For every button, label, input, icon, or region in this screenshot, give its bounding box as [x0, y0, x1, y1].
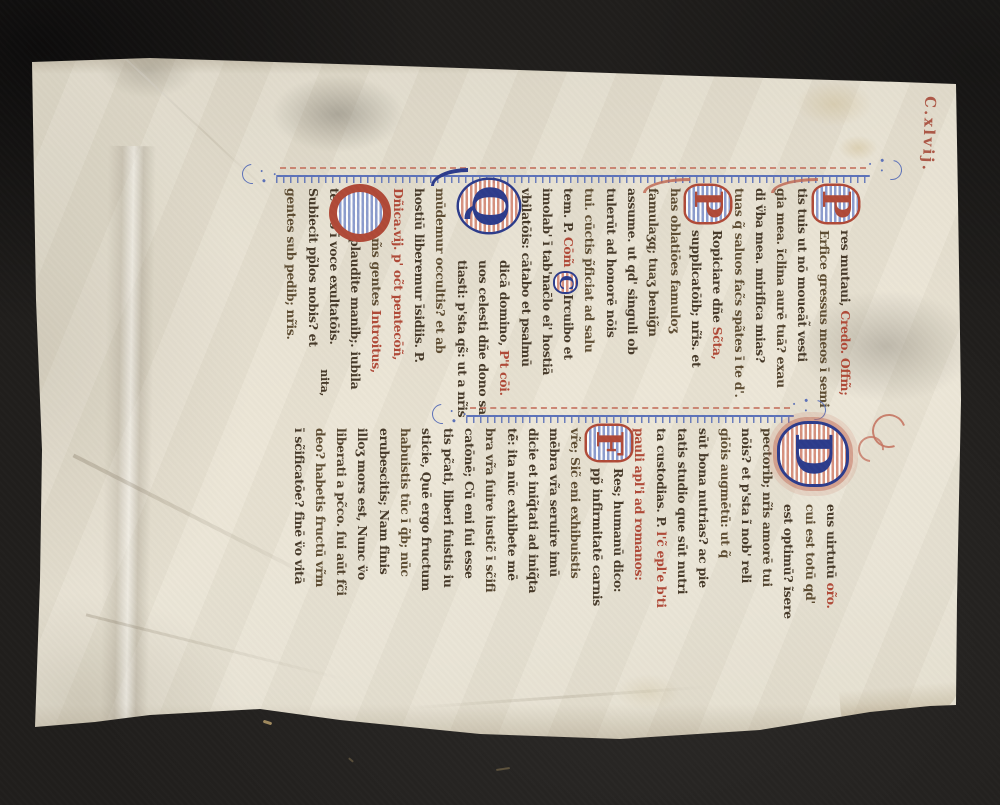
text-line: illoʒ mors est, Nunc v̈o	[352, 428, 373, 652]
text-line: ī sc̃ificatōe? finē v̈o vitā	[288, 428, 309, 652]
text-line: hostiū liberemur īsidiis. P.	[409, 188, 430, 406]
text-run: tui. cūctis p̃ficiat ad salu	[582, 188, 597, 353]
text-line: sūt bona nutrias? ac pie	[693, 428, 714, 652]
text-line: tis tuis ut nō moueāt̃ vesti	[792, 188, 813, 406]
text-run: assume. ut qd' singuli ob	[625, 188, 640, 355]
text-line: pectorib; nr̃is amorē tui	[757, 428, 778, 652]
text-line: bra vr̃a ſuire iustic̃ ī sc̃ifi	[480, 428, 501, 652]
illuminated-initial-Q: Q	[459, 180, 519, 232]
text-line: Subiecit pp̃los nobis? et	[302, 188, 323, 406]
text-line: famulaʒq; tuaʒ benig̃n	[643, 188, 664, 406]
debris-speck	[263, 720, 272, 726]
text-run: Sc̃ta,	[710, 323, 725, 360]
text-run: tem. P.	[561, 188, 576, 237]
text-run: res mutaui,	[838, 230, 853, 306]
penwork-curl-icon	[878, 156, 906, 184]
text-line: deo? habetis fructū vr̃m	[310, 428, 331, 652]
text-run: tatis studio que sūt nutri	[675, 428, 690, 594]
text-run: Credo. Offm̃;	[838, 306, 853, 395]
text-line: liberati a pc̃co. ſui aūt fc̃i	[331, 428, 352, 652]
text-run: hostiū liberemur īsidiis. P.	[412, 188, 427, 363]
penwork-border-right	[454, 406, 806, 420]
text-run: P't cōi.	[497, 346, 512, 396]
text-run: giōis augmētū: ut q̃	[718, 428, 733, 558]
text-run: ī sc̃ificatōe? finē v̈o vitā	[292, 428, 307, 584]
text-run: dicā domino,	[497, 260, 512, 346]
text-line: imolab' ī tab'nac̄lo ei' hostiā	[537, 188, 558, 406]
penwork-red-squiggle	[280, 167, 866, 169]
text-run: supplicatōib; nr̃is. et	[689, 230, 704, 367]
text-run: tiasti: p'sta qs̃: ut a nr̃is	[455, 260, 470, 417]
text-run: dicie et iniq̃tati ad iniq̃ta	[526, 428, 541, 593]
text-run: l'c̃ epl'e b'ti	[654, 531, 669, 607]
illuminated-initial-P: P	[814, 186, 858, 222]
text-run: Erfice gressus meos ī semi	[817, 230, 832, 408]
text-line: Res; humanū dico:	[608, 428, 629, 652]
text-run: tis pc̃ati, liberi fuistis iu	[441, 428, 456, 588]
text-run: gentes sub pedib; nr̃is.	[284, 188, 299, 340]
penwork-red-squiggle	[470, 407, 790, 409]
text-line: vr̃e; Sic̃ eni exhibuistis	[565, 428, 586, 652]
text-run: tulerūt ad honorē nōis	[604, 188, 619, 338]
text-line: tē̃: ita nūc exhibete mē	[501, 428, 522, 652]
text-line: erubescitis; Nam finis	[373, 428, 394, 652]
text-run: famulaʒq; tuaʒ benig̃n	[646, 188, 661, 337]
text-run: Ircuibo et	[561, 294, 576, 359]
text-line: mūdemur occultis? et ab	[430, 188, 451, 406]
text-line: ta custodias. P. l'c̃ epl'e b'ti	[650, 428, 671, 652]
illuminated-initial-C: C	[555, 273, 576, 292]
illuminated-initial-P: P	[686, 186, 730, 222]
text-run: mūdemur occultis? et ab	[433, 188, 448, 353]
text-run: imolab' ī tab'nac̄lo ei' hostiā	[540, 188, 555, 375]
text-run: Dñica.vij. p' oc̃t pentecōñ,	[391, 188, 406, 360]
text-line: sticie, Quē ergo fructum	[416, 428, 437, 652]
text-line: Dñica.vij. p' oc̃t pentecōñ,	[387, 188, 408, 406]
text-run: ta custodias. P.	[654, 428, 669, 531]
text-run: tē̃: ita nūc exhibete mē	[505, 428, 520, 581]
text-run: Ropiciare dñe	[710, 230, 725, 323]
text-run: has oblatiōes famuloʒ	[668, 188, 683, 333]
text-run: liberati a pc̃co. ſui aūt fc̃i	[334, 428, 349, 596]
text-run: pp̃ infirmitatē carnis	[590, 468, 605, 606]
text-line: pauli apl'i ad romanos:	[629, 428, 650, 652]
text-run: plaudite manib;. iubila	[348, 238, 363, 389]
text-line: tem. P. Cōm̃ CIrcuibo et	[558, 188, 579, 406]
text-line: nōis? et p'sta ĩ nob' reli	[736, 428, 757, 652]
penwork-border-left	[264, 166, 882, 180]
text-run: illoʒ mors est, Nunc v̈o	[355, 428, 370, 580]
penwork-scallops	[276, 177, 870, 183]
text-column-left: Pres mutaui, Credo. Offm̃;Erfice gressus…	[281, 188, 856, 406]
text-line: habuistis tūc ī q̃b; nūc	[395, 428, 416, 652]
text-run: vbilatōis: cātabo et psalmū	[519, 188, 534, 367]
manuscript-leaf: C.xlvij. Pres mutaui, Credo. Offm̃;Erfic…	[28, 56, 962, 750]
text-run: eus uirtutū	[824, 504, 839, 583]
debris-speck	[496, 767, 510, 770]
text-line: pp̃ infirmitatē carnis	[586, 428, 607, 652]
text-run: catōnē; Cū eni ſui esse	[462, 428, 477, 579]
text-line: tatis studio que sūt nutri	[672, 428, 693, 652]
text-run: deo? habetis fructū vr̃m	[313, 428, 328, 587]
text-run: Res; humanū dico:	[611, 468, 626, 592]
text-run: di v̈ba mea. mirifica mias?	[753, 188, 768, 363]
text-run: Subiecit pp̃los nobis? et	[306, 188, 321, 347]
text-line: tuas q̃ saluos fac̃s spãtes ī te d'.	[728, 188, 749, 406]
text-run: habuistis tūc ī q̃b; nūc	[398, 428, 413, 577]
text-column-right: Deus uirtutū or̃o.cui est totū qd'est op…	[288, 428, 842, 652]
text-run: bra vr̃a ſuire iustic̃ ī sc̃ifi	[483, 428, 498, 592]
text-line: assume. ut qd' singuli ob	[622, 188, 643, 406]
text-run: pectorib; nr̃is amorē tui	[760, 428, 775, 587]
text-line: di v̈ba mea. mirifica mias?	[750, 188, 771, 406]
text-run: erubescitis; Nam finis	[377, 428, 392, 574]
text-run: gia mea. ĩclina aurē tuā? exau	[774, 188, 789, 388]
illuminated-initial-F: F	[587, 426, 631, 460]
illuminated-initial-O	[329, 184, 391, 242]
text-run: or̃o.	[824, 583, 839, 609]
text-run: tuas q̃ saluos fac̃s spãtes ī te d'.	[732, 188, 747, 398]
text-run: pauli apl'i ad romanos:	[632, 428, 647, 581]
folio-number: C.xlvij.	[919, 96, 940, 173]
text-line: gentes sub pedib; nr̃is.	[281, 188, 302, 406]
penwork-curl-icon	[238, 160, 266, 188]
text-line: has oblatiōes famuloʒ	[664, 188, 685, 406]
text-line: dicie et iniq̃tati ad iniq̃ta	[523, 428, 544, 652]
text-run: Cōm̃	[561, 237, 576, 271]
text-run: m̃s gentes	[369, 238, 384, 310]
text-run: uos celesti dñe dono sa	[476, 260, 491, 415]
text-line: catōnē; Cū eni ſui esse	[459, 428, 480, 652]
illuminated-initial-D: D	[780, 424, 846, 484]
text-line: tulerūt ad honorē nōis	[600, 188, 621, 406]
photo-background: C.xlvij. Pres mutaui, Credo. Offm̃;Erfic…	[0, 0, 1000, 805]
text-run: nōis? et p'sta ĩ nob' reli	[739, 428, 754, 583]
text-line: giōis augmētū: ut q̃	[714, 428, 735, 652]
text-run: est optimū? ĩsere	[781, 504, 796, 619]
text-line: vbilatōis: cātabo et psalmū	[515, 188, 536, 406]
text-run: sūt bona nutrias? ac pie	[696, 428, 711, 588]
text-line: tui. cūctis p̃ficiat ad salu	[579, 188, 600, 406]
penwork-flourish-icon	[848, 408, 910, 466]
debris-speck	[348, 757, 354, 762]
text-run: tis tuis ut nō moueāt̃ vesti	[795, 188, 810, 362]
penwork-scallops	[466, 417, 794, 423]
text-run: Introitus,	[369, 310, 384, 373]
text-run: sticie, Quē ergo fructum	[419, 428, 434, 591]
text-run: mēbra vr̃a seruire imū	[547, 428, 562, 577]
text-line: gia mea. ĩclina aurē tuā? exau	[771, 188, 792, 406]
text-line: tis pc̃ati, liberi fuistis iu	[437, 428, 458, 652]
text-line: mēbra vr̃a seruire imū	[544, 428, 565, 652]
text-run: vr̃e; Sic̃ eni exhibuistis	[568, 428, 583, 578]
page-content: C.xlvij. Pres mutaui, Credo. Offm̃;Erfic…	[28, 56, 962, 750]
text-run: cui est totū qd'	[803, 504, 818, 604]
